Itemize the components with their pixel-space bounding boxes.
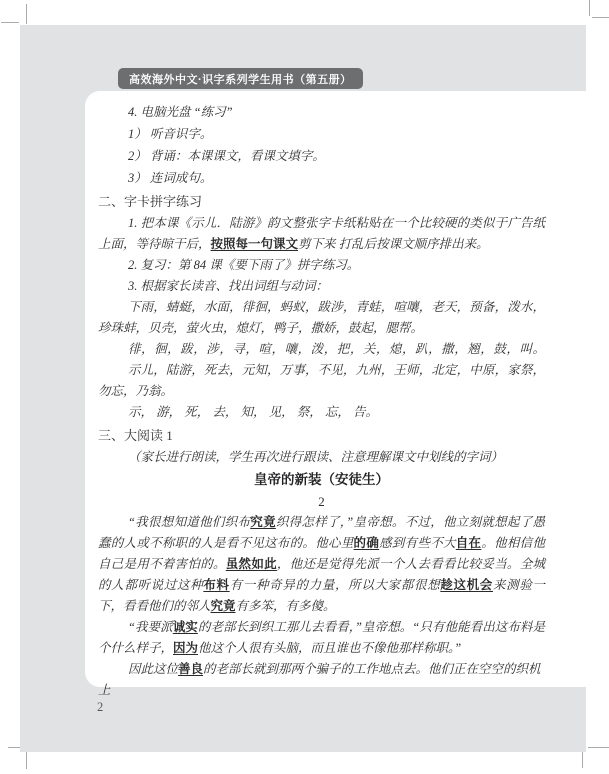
word-group-4: 示， 游， 死， 去， 知， 见， 祭， 忘， 告。: [98, 402, 545, 423]
word-group-1: 下雨，蜻蜓，水面，徘徊，蚂蚁，跋涉，青蛙，喧嚷，老天，预备，泼水，珍珠蚌，贝壳，…: [98, 297, 545, 339]
story-paragraph-2: “我要派诚实的老部长到织工那儿去看看，”皇帝想。“只有他能看出这布料是个什么样子…: [98, 617, 545, 659]
word-group-3: 示儿，陆游，死去，元知，万事，不见，九州，王师，北定，中原，家祭，勿忘，乃翁。: [98, 360, 545, 402]
book-series-title: 高效海外中文·识字系列学生用书（第五册）: [129, 71, 352, 87]
exercise-line-4: 4. 电脑光盘 “练习”: [98, 101, 545, 123]
crop-mark-icon: [26, 752, 27, 769]
story-paragraph-3: 因此这位善良的老部长就到那两个骗子的工作地点去。他们正在空空的织机上: [98, 659, 545, 701]
crop-mark-icon: [582, 752, 583, 768]
section-2-heading: 二、字卡拼字练习: [98, 191, 545, 213]
crop-mark-icon: [26, 4, 27, 24]
crop-mark-icon: [588, 747, 609, 748]
story-part-number: 2: [98, 491, 545, 512]
content-panel: 4. 电脑光盘 “练习” 1） 听音识字。 2） 背诵：本课课文，看课文填字。 …: [85, 91, 599, 687]
crop-mark-icon: [589, 0, 590, 16]
story-title: 皇帝的新装（安徒生）: [98, 468, 545, 491]
exercise-subline-1: 1） 听音识字。: [98, 123, 545, 145]
crop-mark-icon: [1, 22, 19, 23]
scanned-textbook-page: 高效海外中文·识字系列学生用书（第五册） 4. 电脑光盘 “练习” 1） 听音识…: [0, 0, 609, 774]
crop-mark-icon: [592, 17, 609, 18]
section-3-heading: 三、大阅读 1: [98, 425, 545, 447]
section-2-item-2: 2. 复习：第 84 课《要下雨了》拼字练习。: [98, 255, 545, 276]
page-number: 2: [97, 700, 103, 715]
book-series-badge: 高效海外中文·识字系列学生用书（第五册）: [118, 68, 363, 89]
exercise-subline-2: 2） 背诵：本课课文，看课文填字。: [98, 145, 545, 167]
story-paragraph-1: “我很想知道他们织布究竟织得怎样了，”皇帝想。不过，他立刻就想起了愚蠢的人或不称…: [98, 512, 545, 617]
word-group-2: 徘，徊，跋，涉，寻，喧，嚷，泼，把，关，熄，趴，撒，翘，鼓，叫。: [98, 339, 545, 360]
reading-instruction-note: （家长进行朗读，学生再次进行跟读、注意理解课文中划线的字词）: [98, 447, 545, 468]
section-2-item-3: 3. 根据家长读音、找出词组与动词：: [98, 276, 545, 297]
exercise-subline-3: 3） 连词成句。: [98, 167, 545, 189]
section-2-item-1: 1. 把本课《示儿．陆游》韵文整张字卡纸粘贴在一个比较硬的类似于广告纸上面，等待…: [98, 213, 545, 255]
